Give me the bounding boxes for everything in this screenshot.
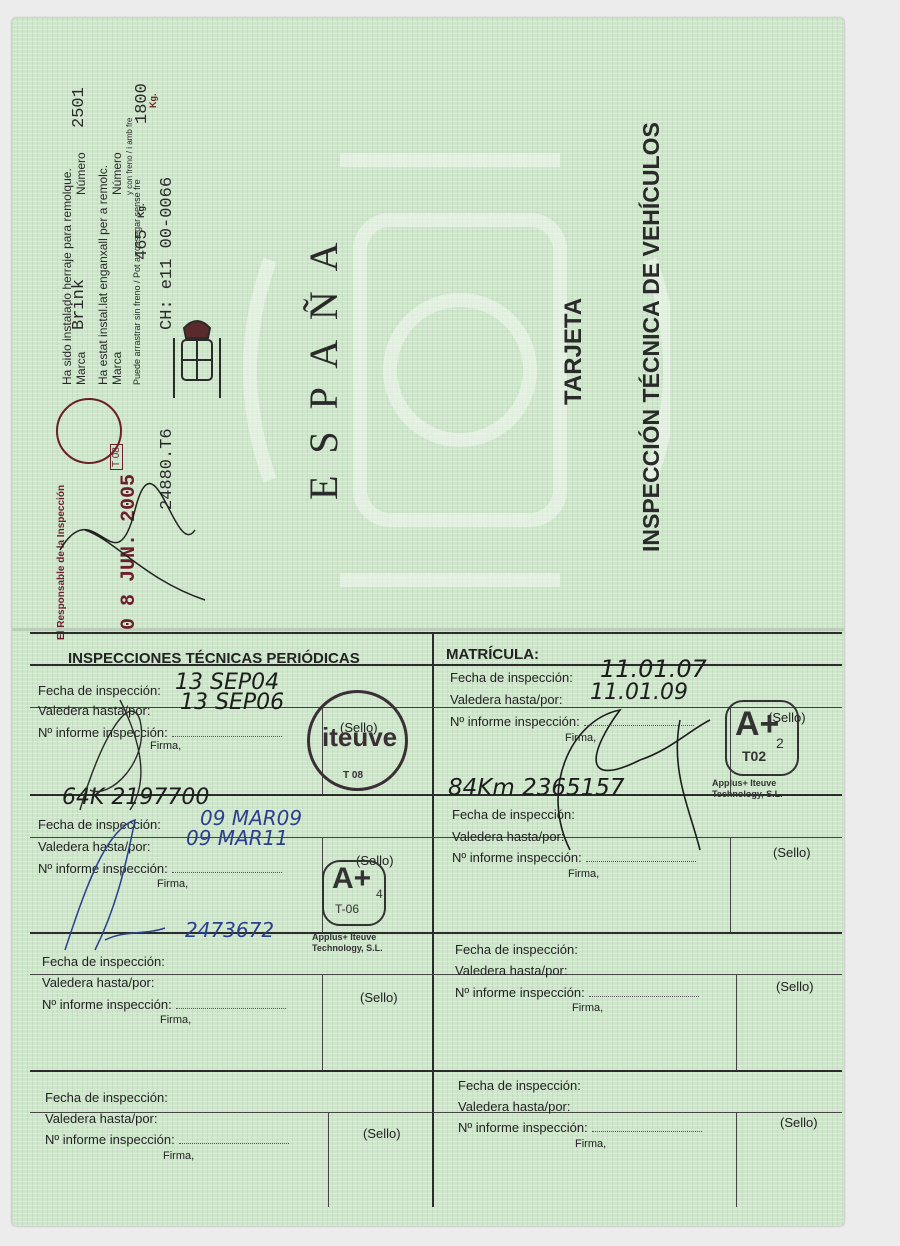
iteuve-logo: itеuve [322, 722, 397, 753]
country-title: E S P A Ñ A [300, 237, 347, 500]
entry-3-informe: 2473672 [185, 918, 274, 942]
card-subtitle: INSPECCIÓN TÉCNICA DE VEHÍCULOS [638, 122, 665, 552]
towbar-installed-es: Ha sido instalado herraje para remolque. [60, 168, 74, 385]
towbar-marca-value: Brink [70, 279, 89, 330]
towbar-marca-label-ca: Marca [110, 352, 124, 385]
towbar-numero-label: Número [74, 152, 88, 195]
towbar-weight-unit: Kg. [136, 204, 146, 219]
signature-entry-2 [530, 690, 730, 860]
homologation-code: CH: e11 00-0066 [158, 177, 177, 330]
towbar-weight-unbraked: 465 [133, 229, 152, 260]
towbar-braked-label: y con freno / i amb fre [125, 118, 134, 195]
towbar-numero-label-ca: Número [110, 152, 124, 195]
entry-3-valedera: 09 MAR11 [186, 826, 288, 850]
periodic-inspections-header: INSPECCIONES TÉCNICAS PERIÓDICAS [68, 650, 360, 667]
towbar-marca-label: Marca [74, 352, 88, 385]
towbar-installed-ca: Ha estat instal.lat enganxall per a remo… [96, 165, 110, 385]
card-title: TARJETA [560, 298, 588, 405]
entry-2-fecha: 11.01.07 [600, 655, 707, 683]
spain-coat-of-arms-icon [170, 318, 225, 408]
station-code: T 08 [110, 444, 123, 470]
signature-entry-1 [60, 680, 180, 820]
coat-of-arms-watermark-icon [230, 140, 670, 600]
towbar-numero-value: 2501 [70, 87, 89, 128]
inspector-signature [55, 470, 225, 610]
entry-1-valedera: 13 SEP06 [180, 690, 284, 715]
signature-entry-3 [55, 810, 185, 960]
towbar-weight-unit2: Kg. [148, 94, 158, 109]
registration-header: MATRÍCULA: [446, 646, 539, 663]
